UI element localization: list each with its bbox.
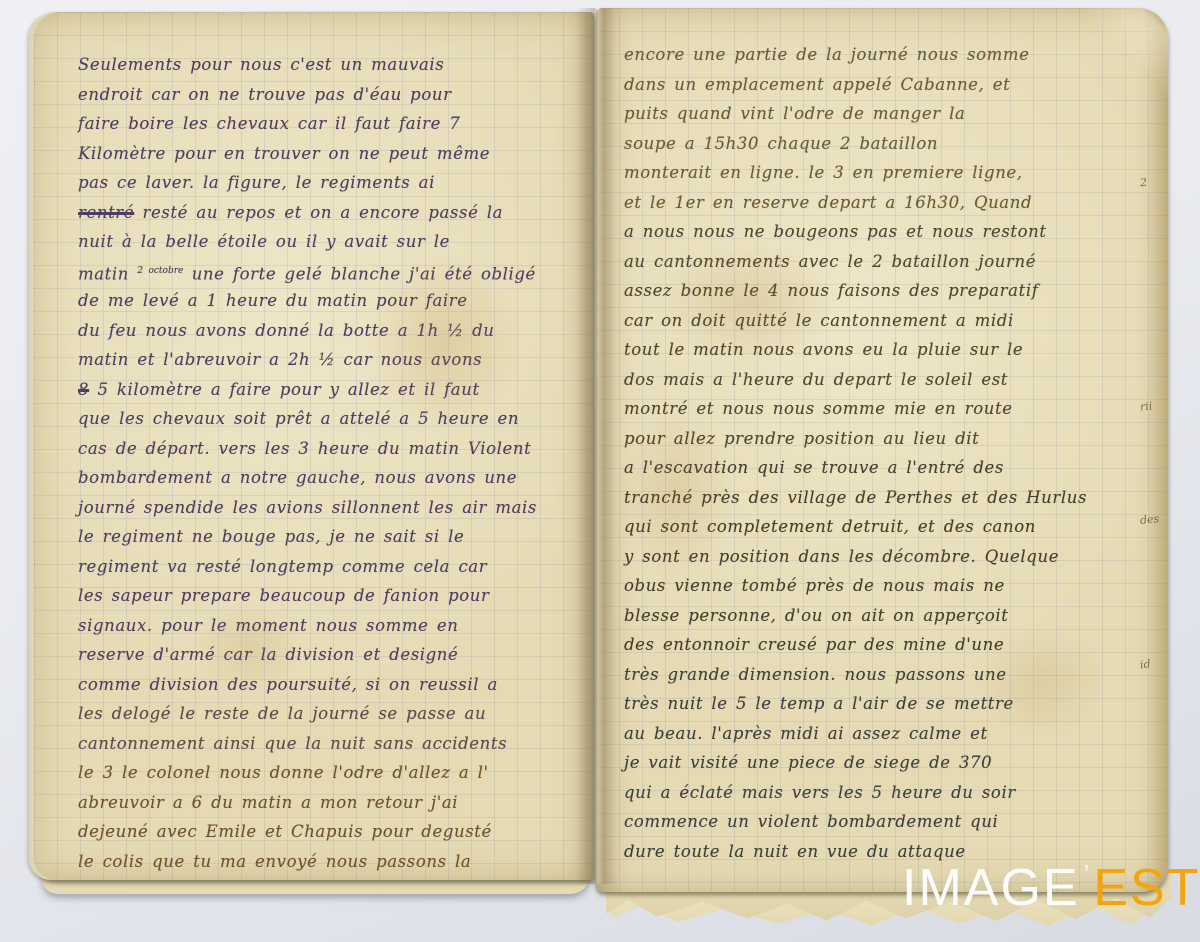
handwritten-line: abreuvoir a 6 du matin a mon retour j'ai: [78, 788, 574, 818]
handwritten-line: dejeuné avec Emile et Chapuis pour degus…: [78, 817, 574, 847]
handwritten-line: regiment va resté longtemp comme cela ca…: [78, 552, 574, 582]
handwritten-line: a l'escavation qui se trouve a l'entré d…: [624, 453, 1150, 483]
right-page: encore une partie de la journé nous somm…: [596, 8, 1168, 892]
handwritten-line: de me levé a 1 heure du matin pour faire: [78, 286, 574, 316]
handwritten-line: rentré resté au repos et on a encore pas…: [78, 198, 574, 228]
watermark-image-text: IMAGE: [902, 859, 1080, 917]
handwritten-line: le colis que tu ma envoyé nous passons l…: [78, 847, 574, 877]
handwritten-line: dans un emplacement appelé Cabanne, et: [624, 70, 1150, 100]
handwritten-line: pas ce laver. la figure, le regiments ai: [78, 168, 574, 198]
handwritten-line: les sapeur prepare beaucoup de fanion po…: [78, 581, 574, 611]
watermark: IMAGE’EST: [902, 858, 1200, 918]
handwritten-line: faire boire les chevaux car il faut fair…: [78, 109, 574, 139]
handwritten-line: y sont en position dans les décombre. Qu…: [624, 542, 1150, 572]
handwritten-line: endroit car on ne trouve pas d'éau pour: [78, 80, 574, 110]
watermark-est-text: EST: [1093, 859, 1200, 917]
handwritten-line: que les chevaux soit prêt a attelé a 5 h…: [78, 404, 574, 434]
watermark-apostrophe: ’: [1084, 859, 1092, 889]
handwritten-line: obus vienne tombé près de nous mais ne: [624, 571, 1150, 601]
handwritten-line: cas de départ. vers les 3 heure du matin…: [78, 434, 574, 464]
handwritten-line: très nuit le 5 le temp a l'air de se met…: [624, 689, 1150, 719]
handwritten-line: 8 5 kilomètre a faire pour y allez et il…: [78, 375, 574, 405]
handwritten-line: les delogé le reste de la journé se pass…: [78, 699, 574, 729]
handwritten-line: matin 2 octobre une forte gelé blanche j…: [78, 257, 574, 287]
handwritten-line: qui a éclaté mais vers les 5 heure du so…: [624, 778, 1150, 808]
handwritten-line: le 3 le colonel nous donne l'odre d'alle…: [78, 758, 574, 788]
handwritten-line: au beau. l'après midi ai assez calme et: [624, 719, 1150, 749]
handwritten-line: blesse personne, d'ou on ait on apperçoi…: [624, 601, 1150, 631]
handwritten-line: nuit à la belle étoile ou il y avait sur…: [78, 227, 574, 257]
handwritten-line: reserve d'armé car la division et design…: [78, 640, 574, 670]
handwritten-line: comme division des poursuité, si on reus…: [78, 670, 574, 700]
handwritten-line: encore une partie de la journé nous somm…: [624, 40, 1150, 70]
handwritten-line: assez bonne le 4 nous faisons des prepar…: [624, 276, 1150, 306]
handwritten-line: matin et l'abreuvoir a 2h ½ car nous avo…: [78, 345, 574, 375]
handwritten-line: Seulements pour nous c'est un mauvais: [78, 50, 574, 80]
handwritten-line: montré et nous nous somme mie en route: [624, 394, 1150, 424]
handwritten-line: journé spendide les avions sillonnent le…: [78, 493, 574, 523]
handwritten-line: cantonnement ainsi que la nuit sans acci…: [78, 729, 574, 759]
handwritten-line: soupe a 15h30 chaque 2 bataillon: [624, 129, 1150, 159]
handwritten-line: bombardement a notre gauche, nous avons …: [78, 463, 574, 493]
handwritten-line: pour allez prendre position au lieu dit: [624, 424, 1150, 454]
handwritten-line: a nous nous ne bougeons pas et nous rest…: [624, 217, 1150, 247]
handwritten-line: au cantonnements avec le 2 bataillon jou…: [624, 247, 1150, 277]
handwritten-line: commence un violent bombardement qui: [624, 807, 1150, 837]
handwritten-line: puits quand vint l'odre de manger la: [624, 99, 1150, 129]
handwritten-line: Kilomètre pour en trouver on ne peut mêm…: [78, 139, 574, 169]
handwritten-line: des entonnoir creusé par des mine d'une: [624, 630, 1150, 660]
handwritten-line: tranché près des village de Perthes et d…: [624, 483, 1150, 513]
handwritten-line: signaux. pour le moment nous somme en: [78, 611, 574, 641]
handwritten-line: et le 1er en reserve depart a 16h30, Qua…: [624, 188, 1150, 218]
handwritten-line: le regiment ne bouge pas, je ne sait si …: [78, 522, 574, 552]
handwritten-line: qui sont completement detruit, et des ca…: [624, 512, 1150, 542]
notebook: Seulements pour nous c'est un mauvaisend…: [0, 0, 1200, 942]
handwritten-line: car on doit quitté le cantonnement a mid…: [624, 306, 1150, 336]
handwritten-line: monterait en ligne. le 3 en premiere lig…: [624, 158, 1150, 188]
handwritten-line: je vait visité une piece de siege de 370: [624, 748, 1150, 778]
handwritten-line: tout le matin nous avons eu la pluie sur…: [624, 335, 1150, 365]
photo-background: Seulements pour nous c'est un mauvaisend…: [0, 0, 1200, 942]
left-page: Seulements pour nous c'est un mauvaisend…: [34, 12, 594, 880]
handwritten-line: très grande dimension. nous passons une: [624, 660, 1150, 690]
handwritten-line: dos mais a l'heure du depart le soleil e…: [624, 365, 1150, 395]
handwritten-line: du feu nous avons donné la botte a 1h ½ …: [78, 316, 574, 346]
